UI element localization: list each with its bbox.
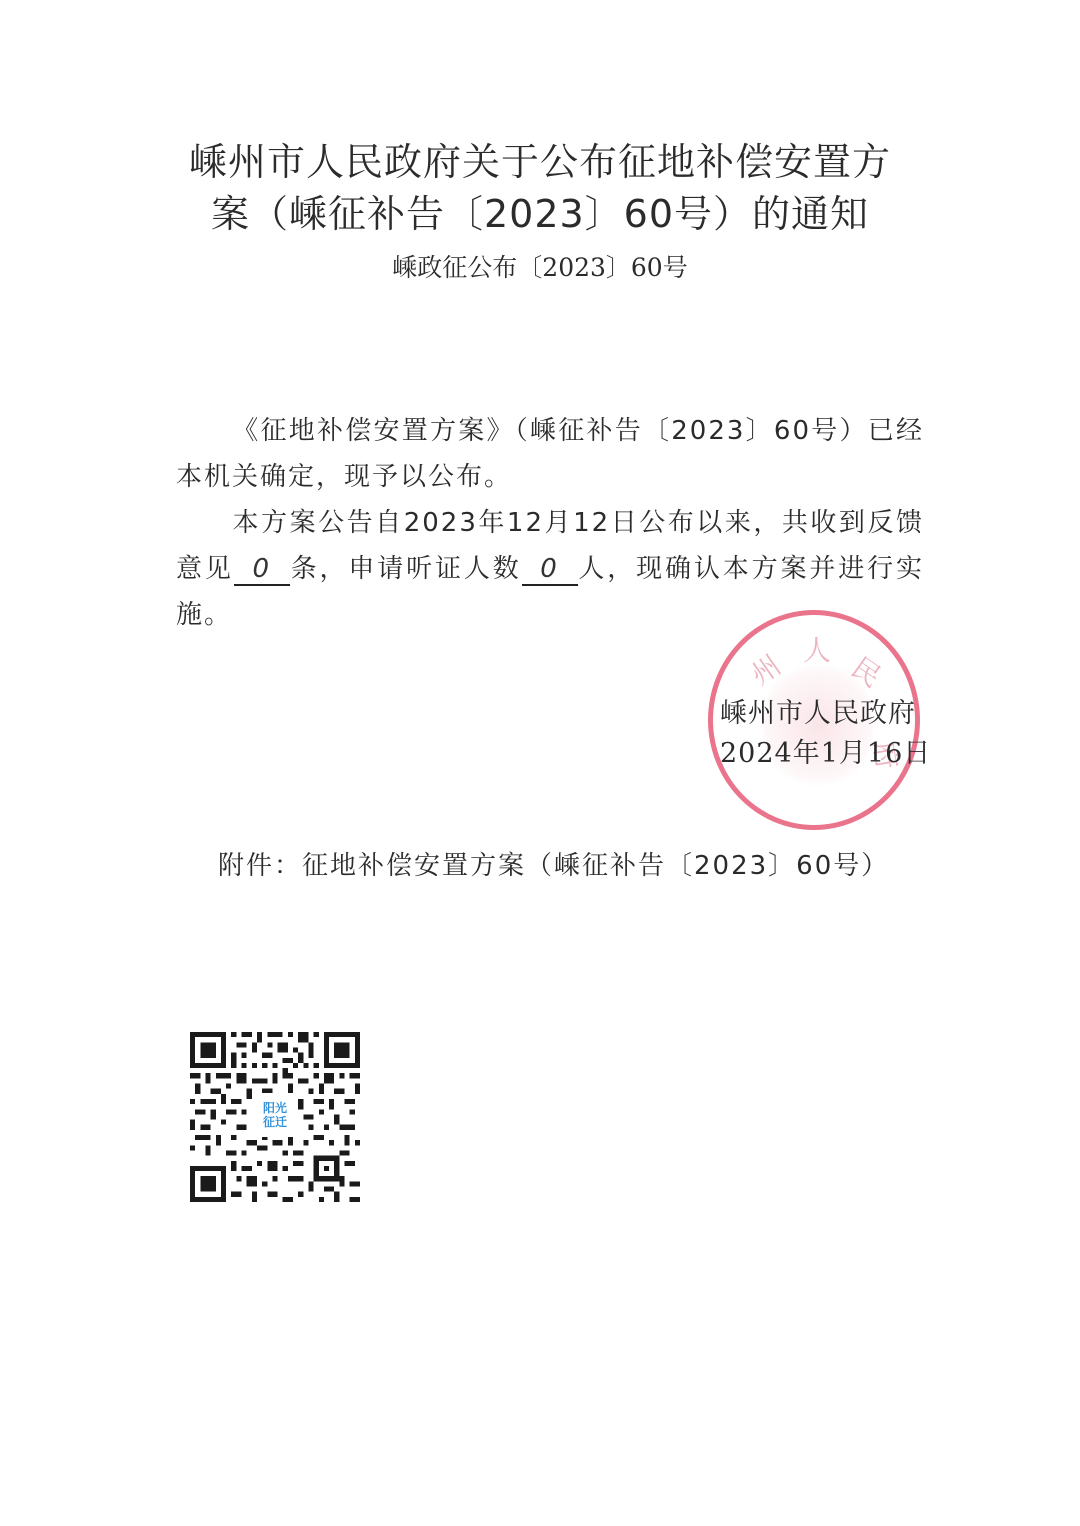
title-line-1: 嵊州市人民政府关于公布征地补偿安置方 — [150, 136, 930, 188]
qr-logo-line-2: 征迁 — [263, 1115, 287, 1129]
signature-block: 嵊州市人民政府 2024年1月16日 — [720, 694, 930, 774]
document-title: 嵊州市人民政府关于公布征地补偿安置方 案（嵊征补告〔2023〕60号）的通知 — [150, 136, 930, 240]
paragraph-2-part-2: 条，申请听证人数 — [290, 554, 522, 584]
qr-logo: 阳光 征迁 — [253, 1093, 297, 1137]
issuer-name: 嵊州市人民政府 — [720, 694, 930, 734]
attachment-note: 附件：征地补偿安置方案（嵊征补告〔2023〕60号） — [218, 845, 889, 882]
paragraph-1-text: 《征地补偿安置方案》（嵊征补告〔2023〕60号）已经本机关确定，现予以公布。 — [176, 416, 924, 492]
seal-char: 人 — [803, 629, 831, 669]
document-number: 嵊政征公布〔2023〕60号 — [0, 248, 1080, 284]
qr-logo-line-1: 阳光 — [263, 1101, 287, 1115]
paragraph-announcement: 《征地补偿安置方案》（嵊征补告〔2023〕60号）已经本机关确定，现予以公布。 — [176, 408, 924, 500]
title-line-2: 案（嵊征补告〔2023〕60号）的通知 — [150, 188, 930, 240]
hearing-count-field: 0 — [522, 554, 578, 586]
qr-code[interactable]: 阳光 征迁 — [190, 1032, 360, 1202]
issue-date: 2024年1月16日 — [720, 734, 930, 774]
feedback-count-field: 0 — [234, 554, 290, 586]
